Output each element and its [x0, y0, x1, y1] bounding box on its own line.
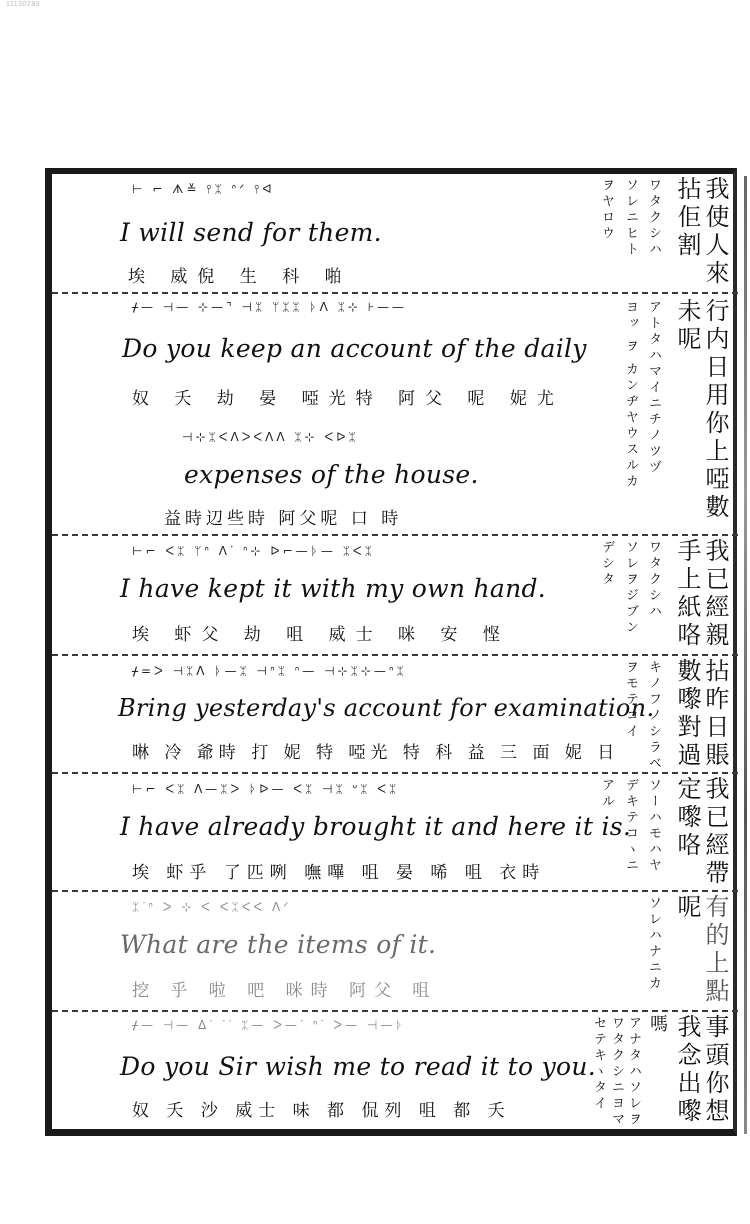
shorthand-line: ᚋ=ᐳ ⊣ᛯᐱ ᚦ—ᛯ ⊣ᐢᛯ ᐢ— ⊣⊹ᛯ⊹—ᐢᛯ [132, 664, 407, 678]
chinese-column: 呢 [670, 894, 705, 922]
entry-row: ⊢⌐ ᐸᛯ ᐱ—ᛯᐳ ᚦᐅ— ᐸᛯ ⊣ᛯ ᐡᛯ ᐸᛯ I have alread… [52, 774, 738, 892]
entry-row: ᚋ— ⊣— ⊹—⌝ ⊣ᛯ ᛘᛯᛯ ᚦᐱ ᛯ⊹ ⊦—— Do you keep a… [52, 294, 738, 536]
chinese-transliteration: 奴 夭 劫 晏 啞光特 阿父 呢 妮尤 [132, 384, 564, 409]
page-edge [744, 176, 747, 1134]
chinese-column: 嗎 [644, 1014, 670, 1036]
chinese-column: 未呢 [670, 298, 705, 354]
english-sentence: I will send for them. [120, 218, 382, 247]
shorthand-line: ⊢⌐ ᐸᛯ ᛘᐢ ᐱᐝ ᐢ⊹ ᐅ⌐—ᚦ— ᛯᐸᛯ [132, 544, 375, 558]
kana-column: アトタハマイニチノツヅ [644, 300, 663, 476]
english-sentence: Do you Sir wish me to read it to you. [120, 1052, 596, 1081]
kana-column: ワタクシハ [644, 540, 663, 620]
kana-column: ヲモテコイ [621, 660, 640, 740]
kana-column: アル [597, 778, 616, 810]
chinese-transliteration: 挖 乎 啦 吧 咪時 阿父 咀 [132, 976, 437, 1001]
kana-column: ヲヤロウ [597, 178, 616, 242]
shorthand-line: ᚋ— ⊣— ᐃᐝ ᐝᐝ ᛯ— ᐳ—ᐝ ᐢᐝ ᐳ— ⊣—ᚦ [132, 1018, 406, 1032]
kana-column: ワタクシハ [644, 178, 663, 258]
shorthand-line: ⊢⌐ ᐸᛯ ᐱ—ᛯᐳ ᚦᐅ— ᐸᛯ ⊣ᛯ ᐡᛯ ᐸᛯ [132, 782, 399, 796]
entry-row: ᚋ— ⊣— ᐃᐝ ᐝᐝ ᛯ— ᐳ—ᐝ ᐢᐝ ᐳ— ⊣—ᚦ Do you Sir … [52, 1012, 738, 1130]
kana-column: ワタクシニヨマ [607, 1016, 626, 1128]
chinese-transliteration: 啉 冷 爺時 打 妮 特 啞光 特 科 益 三 面 妮 日 [132, 738, 619, 763]
entry-row: ᛯᐝᐢ ᐳ ⊹ ᐸ ᐸᛯᐸᐸ ᐱᐟ What are the items of … [52, 892, 738, 1012]
kana-column: アナタハソレヲ [624, 1016, 643, 1128]
kana-column: デキテコヽニ [621, 778, 640, 874]
chinese-column: 定嚟咯 [670, 776, 705, 860]
entry-row: ᚋ=ᐳ ⊣ᛯᐱ ᚦ—ᛯ ⊣ᐢᛯ ᐢ— ⊣⊹ᛯ⊹—ᐢᛯ Bring yesterd… [52, 656, 738, 774]
english-sentence: Do you keep an account of the daily [122, 334, 587, 363]
entry-row: ⊢ ⌐ ᗑ≚ ⫯ᛯ ᐢᐟ ⫯ᐊ I will send for them. 埃 … [52, 174, 738, 294]
shorthand-line: ᚋ— ⊣— ⊹—⌝ ⊣ᛯ ᛘᛯᛯ ᚦᐱ ᛯ⊹ ⊦—— [132, 300, 407, 314]
english-sentence: expenses of the house. [184, 460, 479, 489]
kana-column: デシタ [597, 540, 616, 588]
kana-column: ソレヲジブン [621, 540, 640, 636]
shorthand-line: ⊣⊹ᛯᐸᐱᐳᐸᐱᐱ ᛯ⊹ ᐸᐅᛯ [182, 430, 359, 444]
chinese-transliteration: 益時辺些時 阿父呢 口 時 [164, 504, 402, 529]
shorthand-line: ⊢ ⌐ ᗑ≚ ⫯ᛯ ᐢᐟ ⫯ᐊ [132, 182, 275, 197]
chinese-transliteration: 奴 夭 沙 威士 味 都 侃列 咀 都 夭 [132, 1096, 511, 1121]
kana-column: ソーハモハヤ [644, 778, 663, 874]
chinese-column: 數嚟對過 [670, 658, 705, 770]
chinese-column: 手上紙咯 [670, 538, 705, 650]
entry-row: ⊢⌐ ᐸᛯ ᛘᐢ ᐱᐝ ᐢ⊹ ᐅ⌐—ᚦ— ᛯᐸᛯ I have kept it … [52, 536, 738, 656]
english-sentence: I have already brought it and here it is… [120, 812, 631, 841]
english-sentence: What are the items of it. [120, 930, 436, 959]
kana-column: キノフノシラベ [644, 660, 663, 772]
chinese-transliteration: 埃 威倪 生 科 啪 [128, 262, 352, 287]
chinese-column: 拈佢割 [670, 176, 705, 260]
english-sentence: I have kept it with my own hand. [120, 574, 546, 603]
chinese-transliteration: 埃 虾乎 了匹咧 嘸嗶 咀 晏 唏 咀 衣時 [132, 858, 545, 883]
scan-id: 11130283 [6, 1, 40, 8]
kana-column: セテキヽタイ [589, 1016, 608, 1112]
kana-column: ソレハナニカ [644, 896, 663, 992]
english-sentence: Bring yesterday's account for examinatio… [118, 694, 654, 722]
chinese-column: 我念出嚟 [670, 1014, 705, 1126]
kana-column: ソレニヒト [621, 178, 640, 258]
chinese-transliteration: 埃 虾父 劫 咀 威士 咪 安 悭 [132, 620, 510, 645]
kana-column: ヨッ ヲ カンヂヤウスルカ [621, 300, 640, 490]
shorthand-line: ᛯᐝᐢ ᐳ ⊹ ᐸ ᐸᛯᐸᐸ ᐱᐟ [132, 900, 291, 914]
